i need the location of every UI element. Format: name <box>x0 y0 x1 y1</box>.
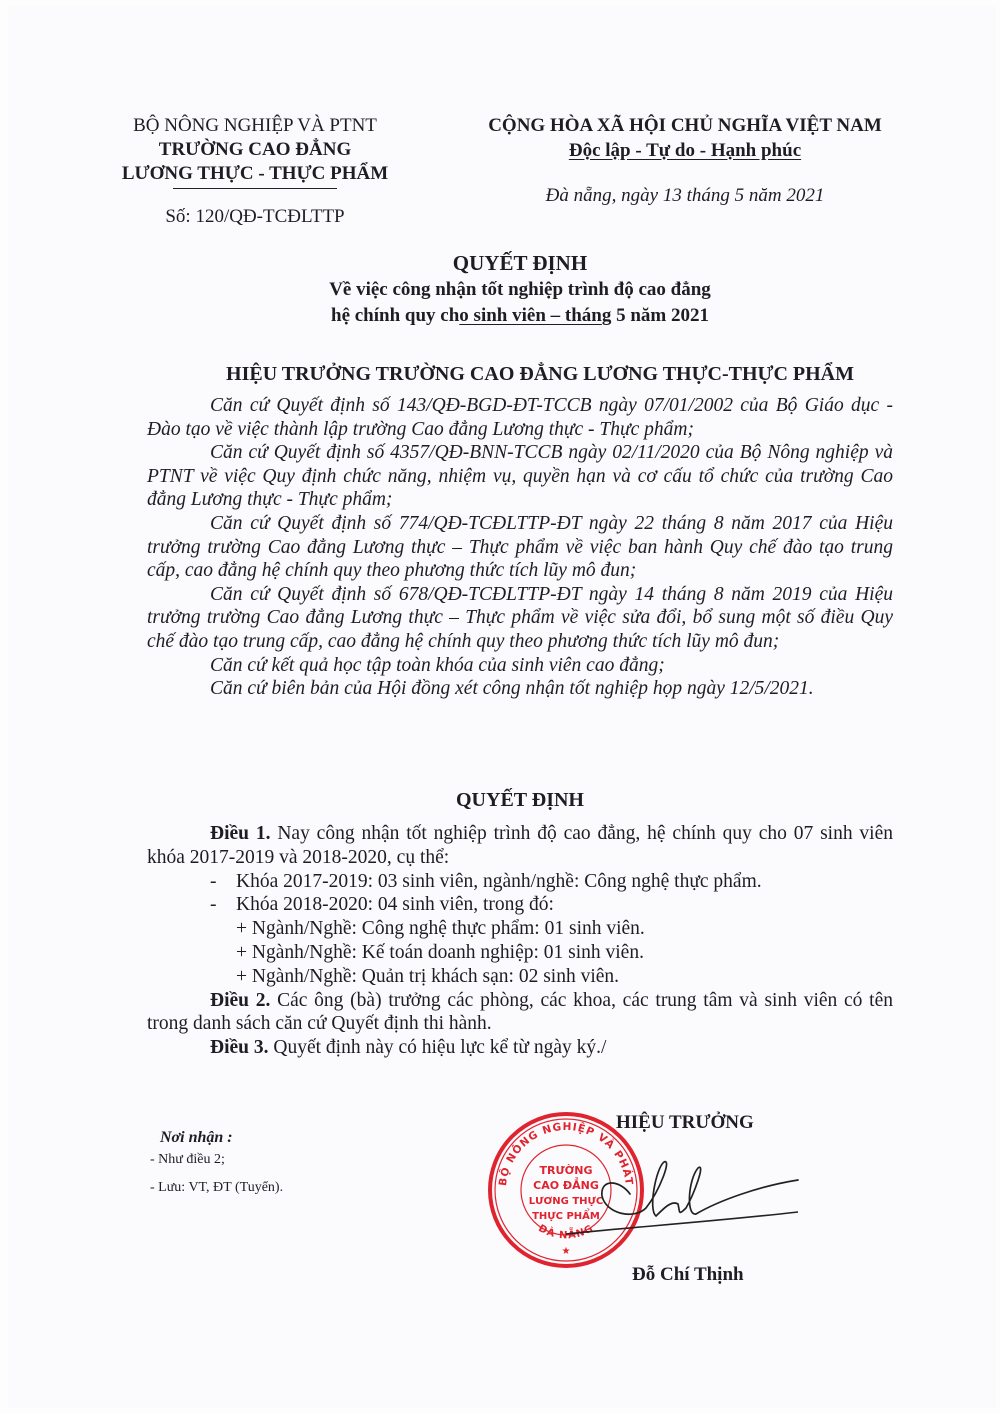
signer-title: HIỆU TRƯỞNG <box>616 1112 754 1134</box>
issuing-agency-block: BỘ NÔNG NGHIỆP VÀ PTNT TRƯỜNG CAO ĐẲNG L… <box>110 114 400 189</box>
legal-basis: Căn cứ Quyết định số 774/QĐ-TCĐLTTP-ĐT n… <box>147 512 893 583</box>
document-title-block: QUYẾT ĐỊNH Về việc công nhận tốt nghiệp … <box>150 250 890 329</box>
school-name-line2: LƯƠNG THỰC - THỰC PHẨM <box>110 162 400 186</box>
legal-basis: Căn cứ kết quả học tập toàn khóa của sin… <box>147 654 893 678</box>
article-1-subitem: + Ngành/Nghề: Công nghệ thực phẩm: 01 si… <box>147 917 893 941</box>
recipients-block: Nơi nhận : - Như điều 2; - Lưu: VT, ĐT (… <box>150 1128 283 1198</box>
article-label: Điều 1. <box>210 823 270 844</box>
decision-heading: QUYẾT ĐỊNH <box>150 789 890 812</box>
document-number: Số: 120/QĐ-TCĐLTTP <box>110 206 400 228</box>
school-name-line1: TRƯỜNG CAO ĐẲNG <box>110 138 400 162</box>
dash-bullet: - <box>210 870 236 894</box>
legal-basis: Căn cứ Quyết định số 4357/QĐ-BNN-TCCB ng… <box>147 441 893 512</box>
legal-basis: Căn cứ Quyết định số 143/QĐ-BGD-ĐT-TCCB … <box>147 394 893 441</box>
national-motto: Độc lập - Tự do - Hạnh phúc <box>450 138 920 164</box>
header-divider <box>173 188 337 189</box>
ministry-name: BỘ NÔNG NGHIỆP VÀ PTNT <box>110 114 400 138</box>
national-header-block: CỘNG HÒA XÃ HỘI CHỦ NGHĨA VIỆT NAM Độc l… <box>450 114 920 164</box>
recipients-heading: Nơi nhận : <box>150 1128 283 1148</box>
articles: Điều 1. Nay công nhận tốt nghiệp trình đ… <box>147 822 893 1060</box>
article-1-item: -Khóa 2017-2019: 03 sinh viên, ngành/ngh… <box>147 870 893 894</box>
document-subject-line1: Về việc công nhận tốt nghiệp trình độ ca… <box>150 277 890 303</box>
authority-heading: HIỆU TRƯỞNG TRƯỜNG CAO ĐẲNG LƯƠNG THỰC-T… <box>150 363 930 386</box>
dash-bullet: - <box>210 893 236 917</box>
article-text: Quyết định này có hiệu lực kể từ ngày ký… <box>269 1037 607 1058</box>
legal-basis: Căn cứ biên bản của Hội đồng xét công nh… <box>147 677 893 701</box>
item-text: Khóa 2017-2019: 03 sinh viên, ngành/nghề… <box>236 871 762 892</box>
recipient-item: - Như điều 2; <box>150 1150 283 1170</box>
subject-part: hệ chính quy ch <box>331 305 459 326</box>
nation-name: CỘNG HÒA XÃ HỘI CHỦ NGHĨA VIỆT NAM <box>450 114 920 138</box>
subject-part: g 5 năm 2021 <box>602 305 709 326</box>
signer-name: Đỗ Chí Thịnh <box>632 1264 744 1286</box>
document-subject-line2: hệ chính quy cho sinh viên – tháng 5 năm… <box>150 303 890 329</box>
article-3: Điều 3. Quyết định này có hiệu lực kể từ… <box>147 1036 893 1060</box>
place-date: Đà nẵng, ngày 13 tháng 5 năm 2021 <box>450 185 920 207</box>
article-1-subitem: + Ngành/Nghề: Quản trị khách sạn: 02 sin… <box>147 965 893 989</box>
subject-underlined-part: o sinh viên – thán <box>459 305 602 326</box>
handwritten-signature-icon <box>560 1150 800 1250</box>
article-1-subitem: + Ngành/Nghề: Kế toán doanh nghiệp: 01 s… <box>147 941 893 965</box>
legal-basis: Căn cứ Quyết định số 678/QĐ-TCĐLTTP-ĐT n… <box>147 583 893 654</box>
item-text: Khóa 2018-2020: 04 sinh viên, trong đó: <box>236 894 554 915</box>
legal-bases: Căn cứ Quyết định số 143/QĐ-BGD-ĐT-TCCB … <box>147 394 893 701</box>
article-1: Điều 1. Nay công nhận tốt nghiệp trình đ… <box>147 822 893 870</box>
article-2: Điều 2. Các ông (bà) trưởng các phòng, c… <box>147 989 893 1037</box>
article-1-item: -Khóa 2018-2020: 04 sinh viên, trong đó: <box>147 893 893 917</box>
document-type: QUYẾT ĐỊNH <box>150 250 890 277</box>
article-label: Điều 2. <box>210 990 270 1011</box>
article-label: Điều 3. <box>210 1037 269 1058</box>
recipient-item: - Lưu: VT, ĐT (Tuyển). <box>150 1178 283 1198</box>
